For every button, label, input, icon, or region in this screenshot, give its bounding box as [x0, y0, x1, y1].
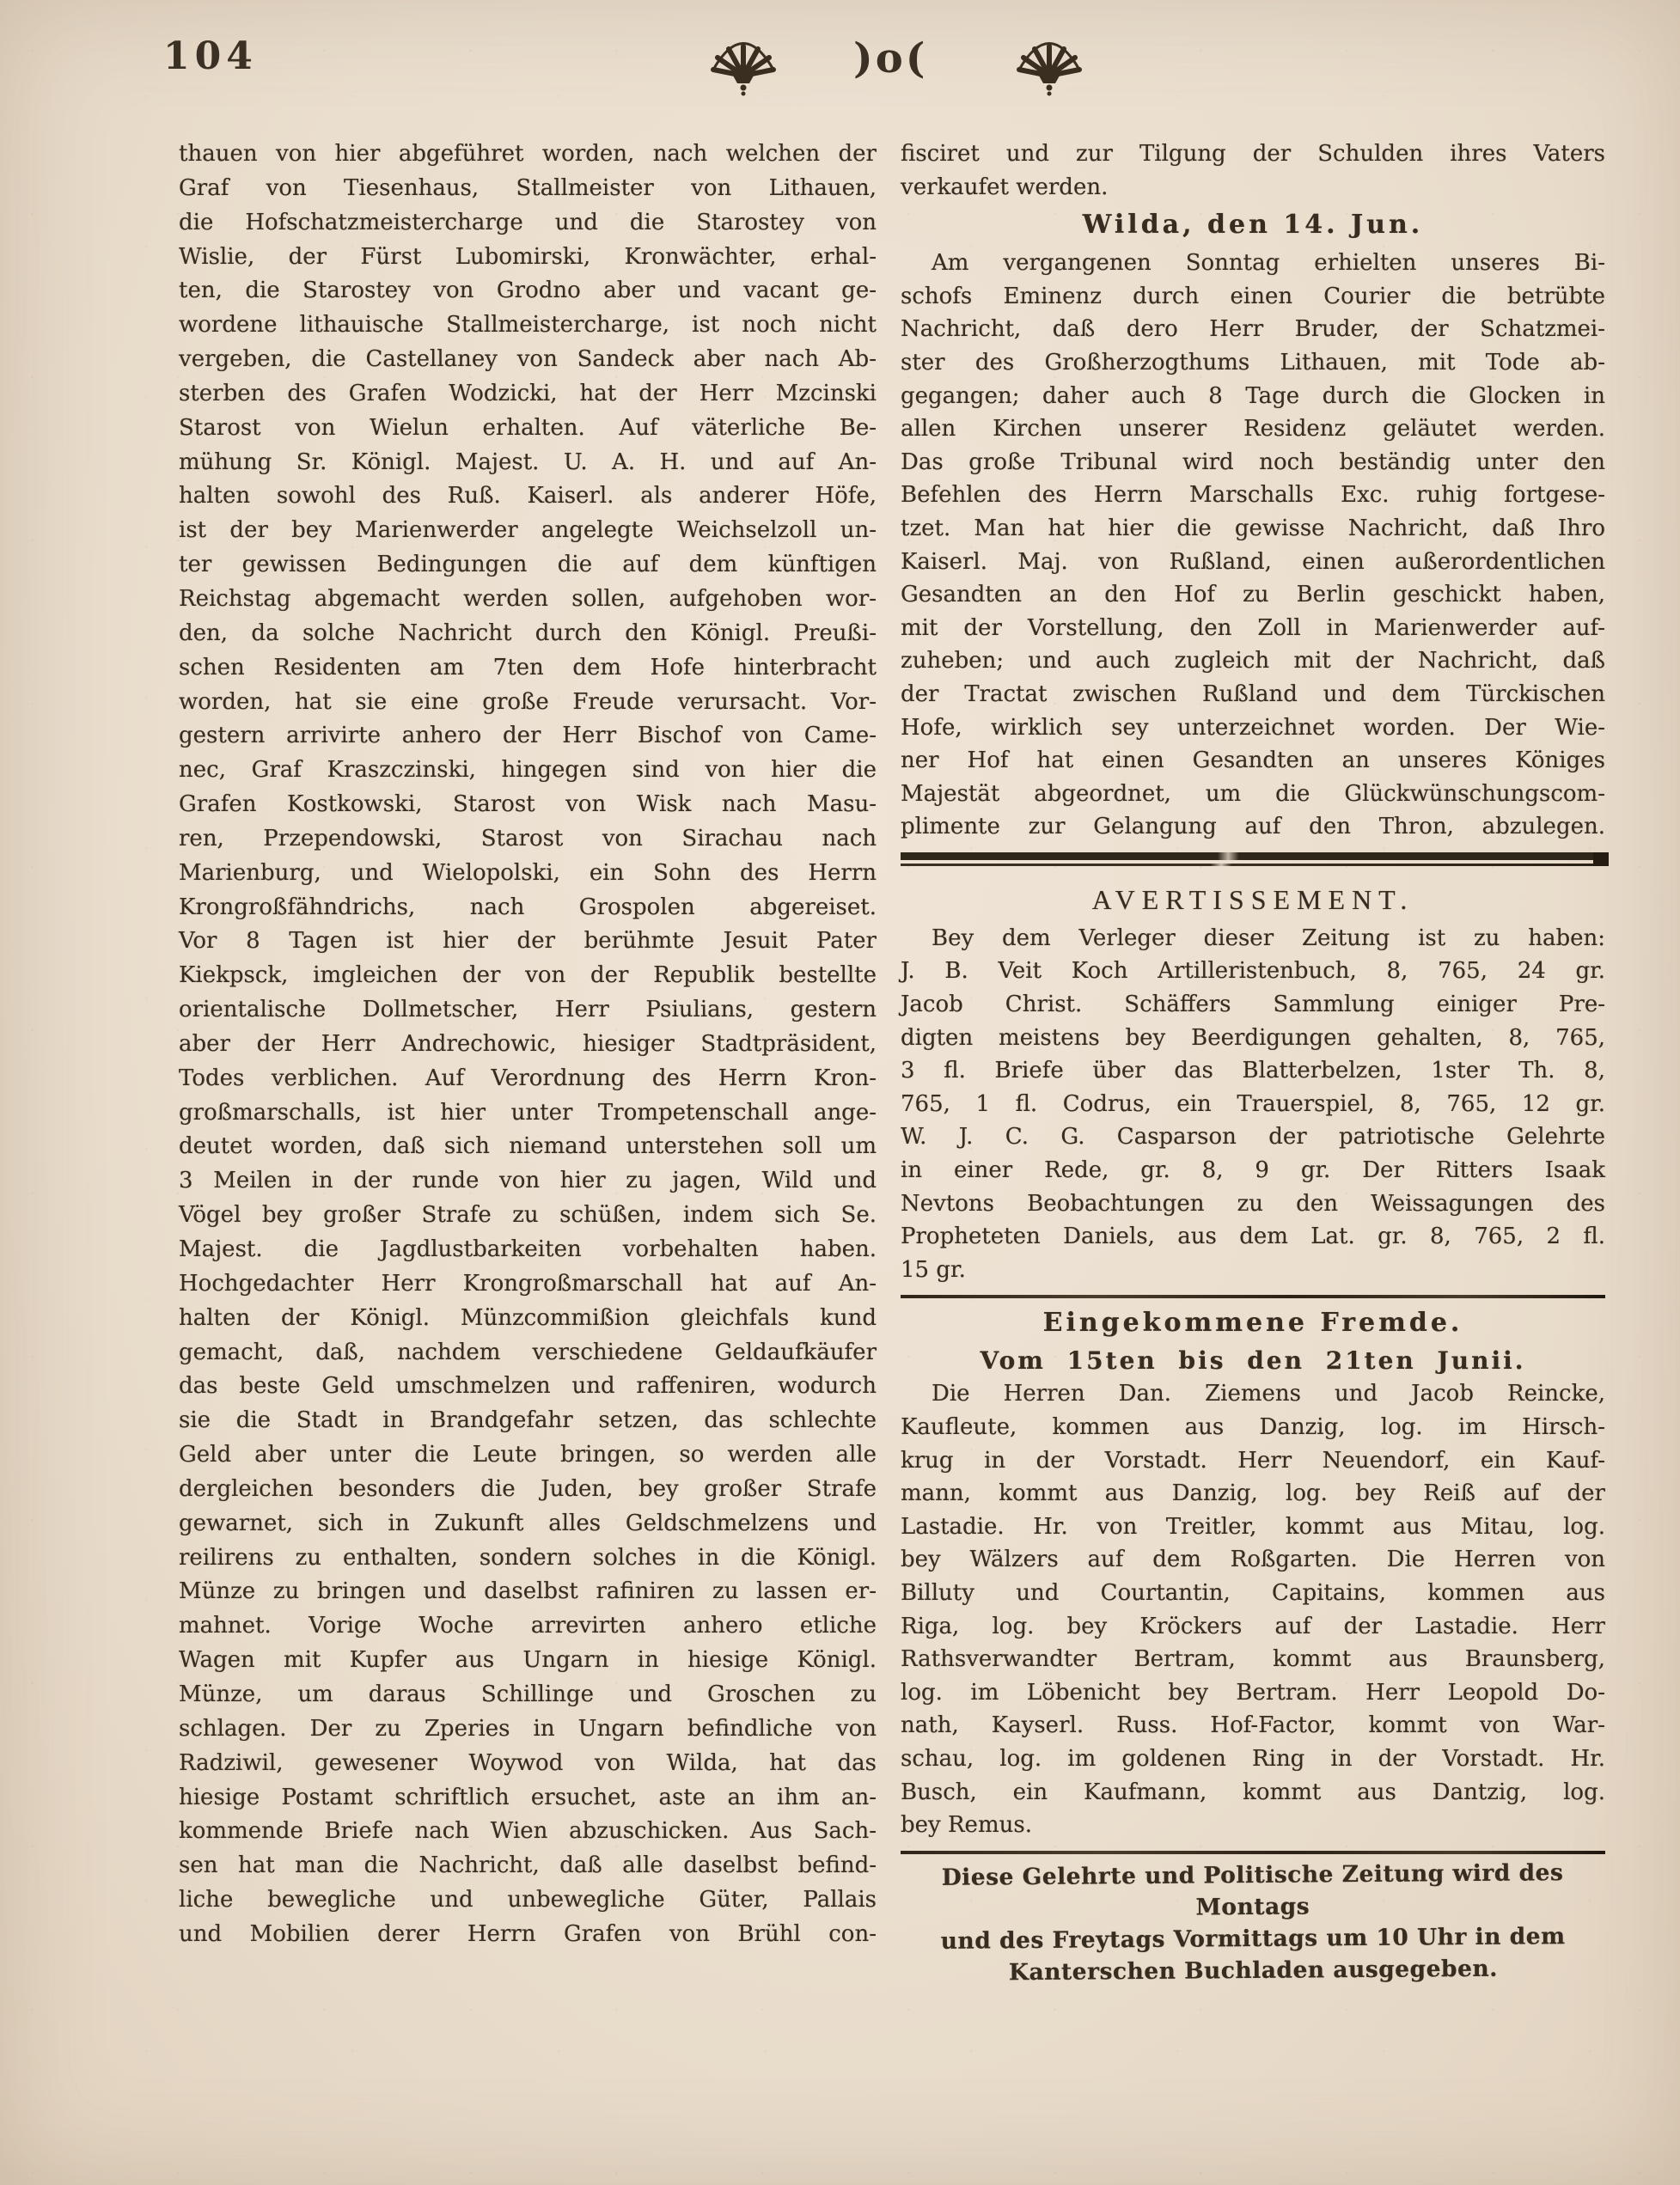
text-line: schau, log. im goldenen Ring in der Vors… — [901, 1743, 1605, 1776]
text-line: Propheteten Daniels, aus dem Lat. gr. 8,… — [901, 1220, 1605, 1254]
text-line: Busch, ein Kaufmann, kommt aus Dantzig, … — [901, 1776, 1605, 1810]
text-line: mahnet. Vorige Woche arrevirten anhero e… — [179, 1609, 877, 1644]
colophon-line: und des Freytags Vormittags um 10 Uhr in… — [901, 1920, 1605, 1956]
text-line: orientalische Dollmetscher, Herr Psiulia… — [179, 993, 877, 1028]
text-line: Das große Tribunal wird noch beständig u… — [901, 446, 1605, 479]
colophon-line: Kanterschen Buchladen ausgegeben. — [901, 1951, 1605, 1988]
ornament-center-mark: )o( — [853, 34, 927, 82]
text-line: den, da solche Nachricht durch den König… — [179, 617, 877, 651]
text-line: schlagen. Der zu Zperies in Ungarn befin… — [179, 1712, 877, 1747]
text-line: Wislie, der Fürst Lubomirski, Kronwächte… — [179, 241, 877, 275]
text-line: Bey dem Verleger dieser Zeitung ist zu h… — [901, 922, 1605, 955]
text-line: J. B. Veit Koch Artilleristenbuch, 8, 76… — [901, 955, 1605, 988]
text-line: gewarnet, sich in Zukunft alles Geldschm… — [179, 1507, 877, 1541]
section-heading: AVERTISSEMENT. — [901, 882, 1605, 917]
text-line: kommende Briefe nach Wien abzuschicken. … — [179, 1815, 877, 1849]
text-line: Rathsverwandter Bertram, kommt aus Braun… — [901, 1643, 1605, 1676]
text-line: halten sowohl des Ruß. Kaiserl. als ande… — [179, 479, 877, 514]
text-line: Hochgedachter Herr Krongroßmarschall hat… — [179, 1267, 877, 1302]
text-line: Münze zu bringen und daselbst rafiniren … — [179, 1575, 877, 1609]
text-line: Billuty und Courtantin, Capitains, komme… — [901, 1577, 1605, 1610]
text-line: Majestät abgeordnet, um die Glückwünschu… — [901, 778, 1605, 811]
text-line: Kiekpsck, imgleichen der von der Republi… — [179, 959, 877, 993]
text-line: Majest. die Jagdlustbarkeiten vorbehalte… — [179, 1233, 877, 1267]
text-line: ster des Großherzogthums Lithauen, mit T… — [901, 346, 1605, 380]
text-line: hiesige Postamt schriftlich ersuchet, as… — [179, 1781, 877, 1816]
text-line: schofs Eminenz durch einen Courier die b… — [901, 280, 1605, 314]
text-line: in einer Rede, gr. 8, 9 gr. Der Ritters … — [901, 1154, 1605, 1187]
text-line: bey Remus. — [901, 1809, 1605, 1842]
divider-rule — [901, 1851, 1605, 1854]
text-line: ist der bey Marienwerder angelegte Weich… — [179, 514, 877, 548]
divider-bar — [901, 864, 1605, 866]
text-line: worden, hat sie eine große Freude verurs… — [179, 686, 877, 720]
text-line: gegangen; daher auch 8 Tage durch die Gl… — [901, 380, 1605, 413]
text-line: der Tractat zwischen Rußland und dem Tür… — [901, 678, 1605, 711]
colophon: Diese Gelehrte und Politische Zeitung wi… — [900, 1857, 1605, 1989]
text-line: 15 gr. — [901, 1254, 1605, 1287]
text-line: fisciret und zur Tilgung der Schulden ih… — [901, 137, 1605, 171]
text-line: sterben des Grafen Wodzicki, hat der Her… — [179, 377, 877, 412]
text-line: nath, Kayserl. Russ. Hof-Factor, kommt v… — [901, 1709, 1605, 1743]
divider-double-rule — [901, 852, 1605, 871]
text-line: aber der Herr Andrechowic, hiesiger Stad… — [179, 1028, 877, 1062]
text-line: ren, Przependowski, Starost von Sirachau… — [179, 822, 877, 857]
section-heading: Eingekommene Fremde. — [901, 1303, 1605, 1343]
text-line: log. im Löbenicht bey Bertram. Herr Leop… — [901, 1676, 1605, 1710]
text-line: ner Hof hat einen Gesandten an unseres K… — [901, 744, 1605, 778]
text-line: ter gewissen Bedingungen die auf dem kün… — [179, 548, 877, 583]
text-line: Hofe, wirklich sey unterzeichnet worden.… — [901, 711, 1605, 745]
text-line: mann, kommt aus Danzig, log. bey Reiß au… — [901, 1477, 1605, 1511]
text-line: Befehlen des Herrn Marschalls Exc. ruhig… — [901, 479, 1605, 512]
text-line: Reichstag abgemacht werden sollen, aufge… — [179, 583, 877, 617]
shell-ornament-icon — [706, 31, 780, 100]
text-line: vergeben, die Castellaney von Sandeck ab… — [179, 343, 877, 377]
text-line: Grafen Kostkowski, Starost von Wisk nach… — [179, 788, 877, 822]
text-line: reilirens zu enthalten, sondern solches … — [179, 1541, 877, 1576]
text-line: Todes verblichen. Auf Verordnung des Her… — [179, 1062, 877, 1096]
text-line: deutet worden, daß sich niemand unterste… — [179, 1130, 877, 1164]
text-line: Starost von Wielun erhalten. Auf väterli… — [179, 412, 877, 446]
text-line: Krongroßfähndrichs, nach Grospolen abger… — [179, 891, 877, 925]
text-line: digten meistens bey Beerdigungen gehalte… — [901, 1022, 1605, 1055]
text-line: Am vergangenen Sonntag erhielten unseres… — [901, 247, 1605, 280]
text-line: krug in der Vorstadt. Herr Neuendorf, ei… — [901, 1444, 1605, 1478]
text-line: Die Herren Dan. Ziemens und Jacob Reinck… — [901, 1377, 1605, 1411]
text-line: Gesandten an den Hof zu Berlin geschickt… — [901, 578, 1605, 612]
text-line: wordene lithauische Stallmeistercharge, … — [179, 308, 877, 343]
text-line: sen hat man die Nachricht, daß alle dase… — [179, 1849, 877, 1883]
right-column: fisciret und zur Tilgung der Schulden ih… — [901, 137, 1605, 1987]
text-line: dergleichen besonders die Juden, bey gro… — [179, 1473, 877, 1507]
divider-bar — [901, 852, 1605, 860]
text-line: mühung Sr. Königl. Majest. U. A. H. und … — [179, 446, 877, 480]
text-line: Kaufleute, kommen aus Danzig, log. im Hi… — [901, 1411, 1605, 1444]
text-line: Münze, um daraus Schillinge und Groschen… — [179, 1678, 877, 1712]
page-number: 104 — [163, 34, 258, 78]
text-line: mit der Vorstellung, den Zoll in Marienw… — [901, 612, 1605, 645]
text-line: Geld aber unter die Leute bringen, so we… — [179, 1438, 877, 1473]
text-line: Kaiserl. Maj. von Rußland, einen außeror… — [901, 546, 1605, 579]
left-column: thauen von hier abgeführet worden, nach … — [179, 137, 877, 1952]
text-line: und Mobilien derer Herrn Grafen von Brüh… — [179, 1918, 877, 1952]
text-line: Jacob Christ. Schäffers Sammlung einiger… — [901, 988, 1605, 1022]
text-line: W. J. C. G. Casparson der patriotische G… — [901, 1120, 1605, 1154]
text-line: Graf von Tiesenhaus, Stallmeister von Li… — [179, 172, 877, 206]
text-line: Nachricht, daß dero Herr Bruder, der Sch… — [901, 313, 1605, 346]
text-line: die Hofschatzmeistercharge und die Staro… — [179, 206, 877, 241]
text-line: 765, 1 fl. Codrus, ein Trauerspiel, 8, 7… — [901, 1088, 1605, 1121]
text-line: zuheben; und auch zugleich mit der Nachr… — [901, 644, 1605, 678]
text-line: Riga, log. bey Kröckers auf der Lastadie… — [901, 1610, 1605, 1644]
shell-ornament-icon — [1012, 31, 1086, 100]
text-line: Radziwil, gewesener Woywod von Wilda, ha… — [179, 1747, 877, 1781]
text-line: sie die Stadt in Brandgefahr setzen, das… — [179, 1404, 877, 1438]
text-line: nec, Graf Kraszczinski, hingegen sind vo… — [179, 754, 877, 788]
section-heading: Wilda, den 14. Jun. — [901, 205, 1605, 245]
divider-rule — [901, 1295, 1605, 1298]
text-line: gestern arrivirte anhero der Herr Bischo… — [179, 719, 877, 754]
text-line: bey Wälzers auf dem Roßgarten. Die Herre… — [901, 1543, 1605, 1577]
text-line: halten der Königl. Münzcommißion gleichf… — [179, 1302, 877, 1336]
text-line: liche bewegliche und unbewegliche Güter,… — [179, 1883, 877, 1918]
text-line: 3 Meilen in der runde von hier zu jagen,… — [179, 1164, 877, 1199]
text-line: Lastadie. Hr. von Treitler, kommt aus Mi… — [901, 1511, 1605, 1544]
text-line: das beste Geld umschmelzen und raffenire… — [179, 1370, 877, 1404]
text-line: Marienburg, und Wielopolski, ein Sohn de… — [179, 857, 877, 891]
text-line: schen Residenten am 7ten dem Hofe hinter… — [179, 651, 877, 686]
text-line: Nevtons Beobachtungen zu den Weissagunge… — [901, 1187, 1605, 1221]
text-line: Vögel bey großer Strafe zu schüßen, inde… — [179, 1199, 877, 1233]
colophon-line: Diese Gelehrte und Politische Zeitung wi… — [900, 1857, 1605, 1926]
text-line: allen Kirchen unserer Residenz geläutet … — [901, 412, 1605, 446]
text-line: tzet. Man hat hier die gewisse Nachricht… — [901, 512, 1605, 546]
text-line: thauen von hier abgeführet worden, nach … — [179, 137, 877, 172]
text-line: großmarschalls, ist hier unter Trompeten… — [179, 1096, 877, 1131]
text-line: Vor 8 Tagen ist hier der berühmte Jesuit… — [179, 925, 877, 959]
text-line: gemacht, daß, nachdem verschiedene Gelda… — [179, 1336, 877, 1370]
text-line: ten, die Starostey von Grodno aber und v… — [179, 274, 877, 308]
text-line: plimente zur Gelangung auf den Thron, ab… — [901, 810, 1605, 844]
text-line: 3 fl. Briefe über das Blatterbelzen, 1st… — [901, 1054, 1605, 1088]
text-line: Wagen mit Kupfer aus Ungarn in hiesige K… — [179, 1644, 877, 1678]
section-heading: Vom 15ten bis den 21ten Junii. — [901, 1345, 1605, 1377]
text-line: verkaufet werden. — [901, 171, 1605, 204]
